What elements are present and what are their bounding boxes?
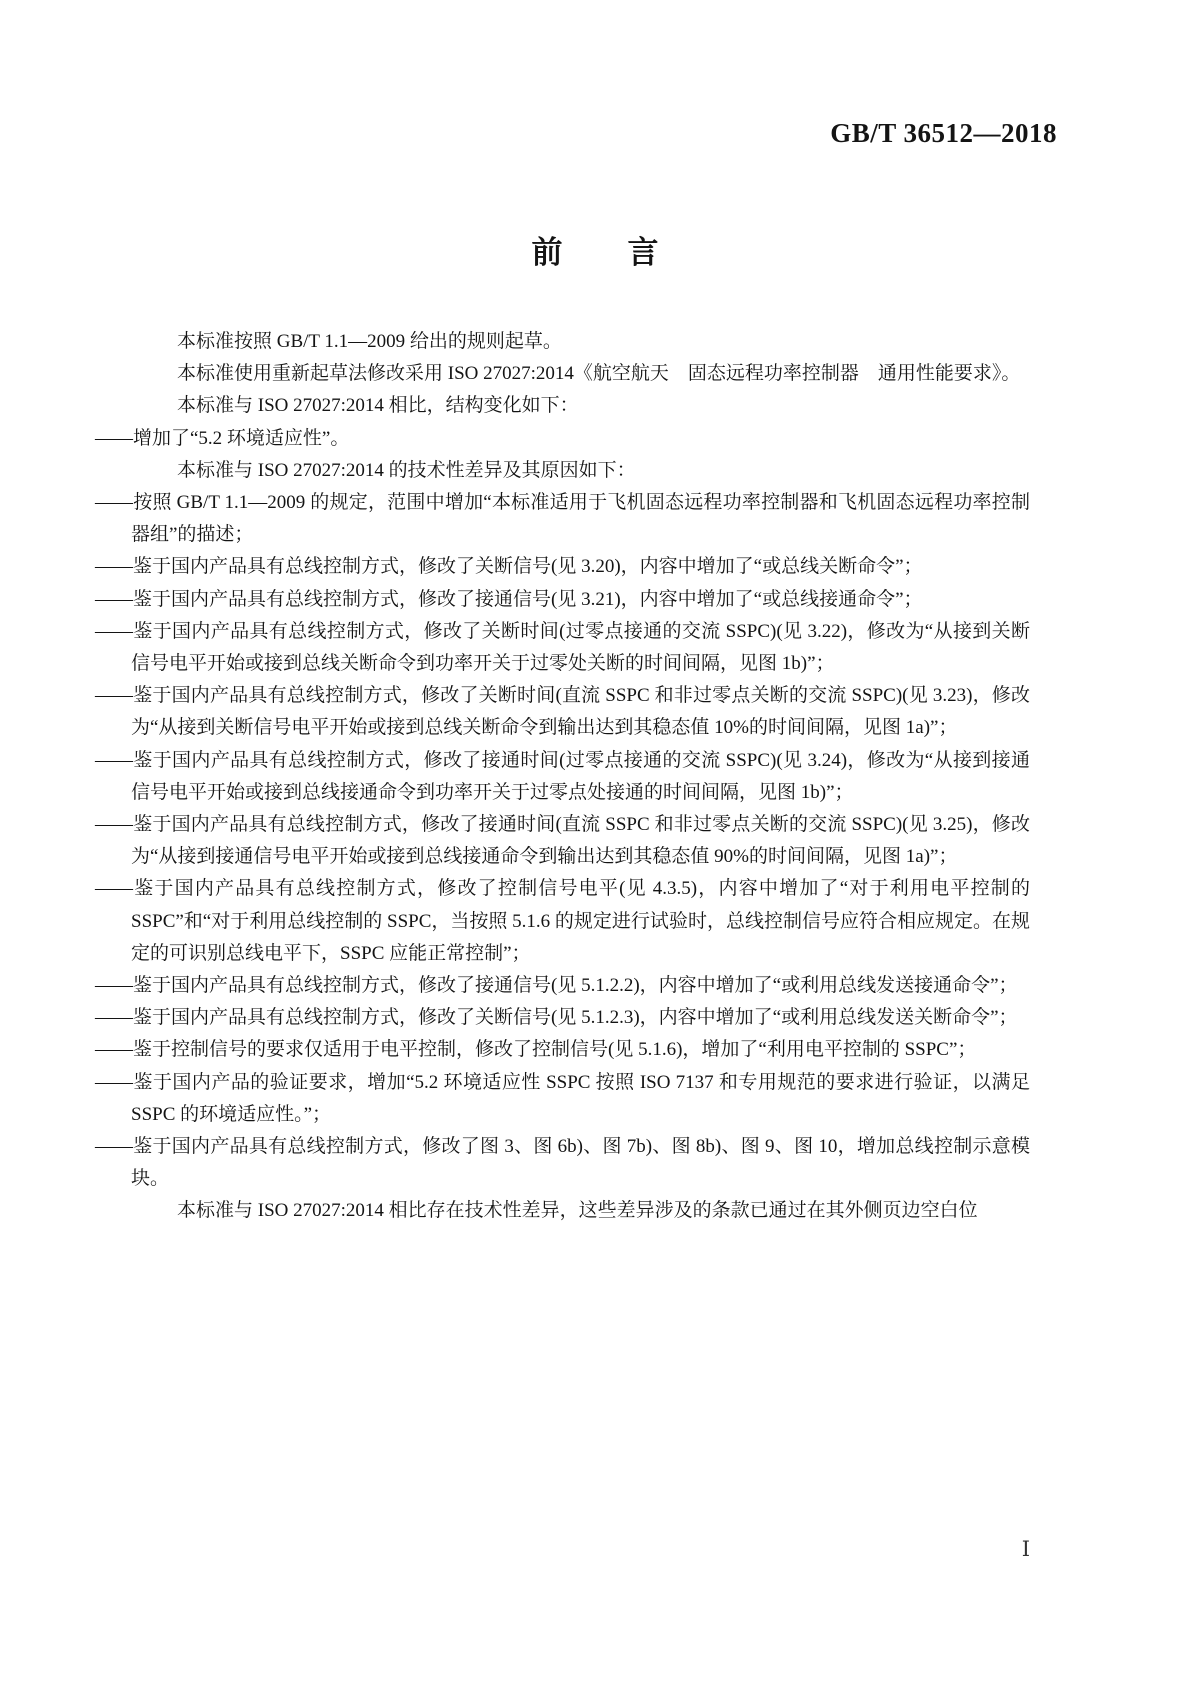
document-page: GB/T 36512—2018 前 言 本标准按照 GB/T 1.1—2009 … xyxy=(0,0,1191,1684)
foreword-paragraph: 本标准使用重新起草法修改采用 ISO 27027:2014《航空航天 固态远程功… xyxy=(131,358,1030,390)
foreword-paragraph: 本标准与 ISO 27027:2014 相比存在技术性差异，这些差异涉及的条款已… xyxy=(131,1195,1030,1227)
foreword-dash-item: ——鉴于国内产品具有总线控制方式，修改了关断时间(直流 SSPC 和非过零点关断… xyxy=(131,680,1030,744)
foreword-dash-item: ——鉴于国内产品具有总线控制方式，修改了接通时间(过零点接通的交流 SSPC)(… xyxy=(131,745,1030,809)
foreword-dash-item: ——鉴于国内产品的验证要求，增加“5.2 环境适应性 SSPC 按照 ISO 7… xyxy=(131,1067,1030,1131)
foreword-dash-item: ——鉴于控制信号的要求仅适用于电平控制，修改了控制信号(见 5.1.6)，增加了… xyxy=(131,1034,1030,1066)
foreword-dash-item: ——鉴于国内产品具有总线控制方式，修改了接通信号(见 5.1.2.2)，内容中增… xyxy=(131,970,1030,1002)
foreword-paragraph: 本标准与 ISO 27027:2014 相比，结构变化如下： xyxy=(131,390,1030,422)
foreword-body: 本标准按照 GB/T 1.1—2009 给出的规则起草。本标准使用重新起草法修改… xyxy=(131,326,1030,1228)
doc-number: GB/T 36512—2018 xyxy=(830,118,1057,149)
foreword-dash-item: ——鉴于国内产品具有总线控制方式，修改了接通时间(直流 SSPC 和非过零点关断… xyxy=(131,809,1030,873)
foreword-dash-item: ——鉴于国内产品具有总线控制方式，修改了关断信号(见 5.1.2.3)，内容中增… xyxy=(131,1002,1030,1034)
foreword-paragraph: 本标准按照 GB/T 1.1—2009 给出的规则起草。 xyxy=(131,326,1030,358)
foreword-dash-item: ——鉴于国内产品具有总线控制方式，修改了关断时间(过零点接通的交流 SSPC)(… xyxy=(131,616,1030,680)
page-number: Ⅰ xyxy=(131,1537,1030,1562)
foreword-dash-item: ——鉴于国内产品具有总线控制方式，修改了接通信号(见 3.21)，内容中增加了“… xyxy=(131,584,1030,616)
foreword-dash-item: ——鉴于国内产品具有总线控制方式，修改了关断信号(见 3.20)，内容中增加了“… xyxy=(131,551,1030,583)
page-title: 前 言 xyxy=(0,227,1191,272)
foreword-dash-item: ——按照 GB/T 1.1—2009 的规定，范围中增加“本标准适用于飞机固态远… xyxy=(131,487,1030,551)
foreword-dash-item: ——鉴于国内产品具有总线控制方式，修改了图 3、图 6b)、图 7b)、图 8b… xyxy=(131,1131,1030,1195)
foreword-dash-item: ——鉴于国内产品具有总线控制方式，修改了控制信号电平(见 4.3.5)，内容中增… xyxy=(131,873,1030,970)
foreword-dash-item: ——增加了“5.2 环境适应性”。 xyxy=(131,423,1030,455)
foreword-paragraph: 本标准与 ISO 27027:2014 的技术性差异及其原因如下： xyxy=(131,455,1030,487)
